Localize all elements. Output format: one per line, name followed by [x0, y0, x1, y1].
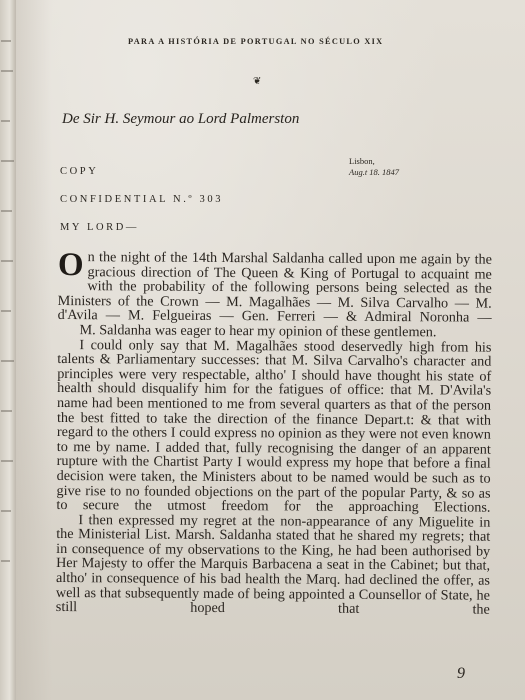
running-head: PARA A HISTÓRIA DE PORTUGAL NO SÉCULO XI…: [128, 37, 383, 46]
body-paragraph: On the night of the 14th Marshal Saldanh…: [58, 250, 492, 326]
dateline-place: Lisbon,: [349, 156, 399, 167]
facing-page-text-fragment: [1, 160, 14, 162]
copy-label: COPY: [60, 166, 98, 177]
fleuron-ornament-icon: ❦: [253, 76, 261, 87]
drop-cap: O: [58, 252, 84, 282]
salutation: MY LORD—: [60, 222, 139, 233]
body-paragraph-text: n the night of the 14th Marshal Saldanha…: [58, 249, 492, 326]
facing-page-text-fragment: [1, 360, 14, 362]
facing-page-text-fragment: [1, 120, 10, 122]
facing-page-text-fragment: [1, 310, 11, 312]
page-number: 9: [457, 665, 465, 683]
body-paragraph: I then expressed my regret at the non-ap…: [56, 513, 491, 618]
letter-heading: De Sir H. Seymour ao Lord Palmerston: [62, 111, 299, 128]
book-page: PARA A HISTÓRIA DE PORTUGAL NO SÉCULO XI…: [16, 0, 525, 700]
dateline-date: Aug.t 18. 1847: [349, 167, 399, 178]
confidential-label: CONFIDENTIAL N.º 303: [60, 194, 223, 205]
letter-body: On the night of the 14th Marshal Saldanh…: [56, 250, 492, 617]
facing-page-text-fragment: [1, 560, 10, 562]
facing-page-text-fragment: [1, 410, 12, 412]
body-paragraph: I could only say that M. Magalhães stood…: [56, 338, 491, 516]
facing-page-text-fragment: [1, 510, 11, 512]
facing-page-text-fragment: [1, 70, 13, 72]
dateline: Lisbon, Aug.t 18. 1847: [349, 156, 399, 178]
facing-page-text-fragment: [1, 460, 13, 462]
facing-page-text-fragment: [1, 210, 12, 212]
facing-page-text-fragment: [1, 260, 13, 262]
facing-page-text-fragment: [1, 40, 11, 42]
facing-page-edge: [0, 0, 16, 700]
